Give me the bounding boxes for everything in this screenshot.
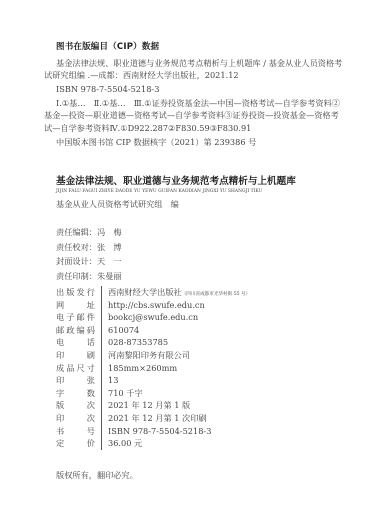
email-link[interactable]: bookcj@swufe.edu.cn — [108, 311, 198, 324]
staff-row-proofreader: 责任校对：张 博 — [56, 240, 122, 255]
pub-label: 印刷 — [56, 349, 95, 362]
publisher-name: 西南财经大学出版社 — [108, 287, 182, 297]
pub-label: 电话 — [56, 336, 95, 349]
pub-label: 电子邮件 — [56, 311, 95, 324]
pub-value: 610074 — [108, 324, 139, 337]
cip-isbn: ISBN 978-7-5504-5218-3 — [44, 83, 344, 95]
pub-value: 2021 年 12 月第 1 版 — [108, 399, 190, 412]
divider — [101, 336, 102, 349]
pub-value: 2021 年 12 月第 1 次印刷 — [108, 412, 207, 425]
pub-row-email: 电子邮件 bookcj@swufe.edu.cn — [56, 311, 250, 324]
pub-row-edition: 版次 2021 年 12 月第 1 版 — [56, 399, 250, 412]
pub-row-word-count: 字数 710 千字 — [56, 387, 250, 400]
pub-row-phone: 电话 028-87353785 — [56, 336, 250, 349]
staff-value: 冯 梅 — [97, 227, 122, 237]
pub-label: 网址 — [56, 299, 95, 312]
pub-label: 书号 — [56, 425, 95, 438]
cip-classification: Ⅰ.①基… Ⅱ.①基… Ⅲ.①证券投资基金法—中国—资格考试—自学参考资料②基金… — [44, 97, 344, 134]
divider — [101, 299, 102, 312]
pub-label: 定价 — [56, 437, 95, 450]
pub-label: 字数 — [56, 387, 95, 400]
pub-row-printer: 印刷 河南黎阳印务有限公司 — [56, 349, 250, 362]
pub-value: 028-87353785 — [108, 336, 168, 349]
pub-label: 印张 — [56, 374, 95, 387]
cip-number: 中国版本图书馆 CIP 数据核字（2021）第 239386 号 — [44, 136, 344, 148]
staff-label: 责任校对： — [56, 242, 97, 252]
divider — [101, 311, 102, 324]
divider — [101, 437, 102, 450]
book-pinyin: JIJIN FALU FAGUI ZHIYE DAODE YU YEWU GUI… — [56, 189, 262, 194]
staff-list: 责任编辑：冯 梅 责任校对：张 博 封面设计：天 一 责任印制：朱曼丽 — [56, 225, 122, 283]
publication-info-table: 出版发行 西南财经大学出版社（四川省成都市光华村街 55 号） 网址 http:… — [56, 286, 250, 450]
divider — [101, 374, 102, 387]
cip-description: 基金法律法规、职业道德与业务规范考点精析与上机题库 / 基金从业人员资格考试研究… — [44, 57, 344, 82]
divider — [101, 425, 102, 438]
divider — [101, 399, 102, 412]
staff-label: 封面设计： — [56, 256, 97, 266]
pub-label: 成品尺寸 — [56, 362, 95, 375]
pub-row-isbn: 书号 ISBN 978-7-5504-5218-3 — [56, 425, 250, 438]
divider — [101, 412, 102, 425]
pub-value: 185mm×260mm — [108, 362, 177, 375]
staff-value: 张 博 — [97, 242, 122, 252]
pub-row-price: 定价 36.00 元 — [56, 437, 250, 450]
staff-label: 责任编辑： — [56, 227, 97, 237]
staff-row-cover-design: 封面设计：天 一 — [56, 254, 122, 269]
divider — [101, 387, 102, 400]
pub-value: ISBN 978-7-5504-5218-3 — [108, 425, 211, 438]
pub-value: 710 千字 — [108, 387, 143, 400]
divider — [101, 362, 102, 375]
book-title: 基金法律法规、职业道德与业务规范考点精析与上机题库 — [56, 173, 296, 187]
pub-label: 印次 — [56, 412, 95, 425]
pub-value: 36.00 元 — [108, 437, 142, 450]
pub-value: 西南财经大学出版社（四川省成都市光华村街 55 号） — [108, 286, 250, 299]
divider — [101, 286, 102, 299]
publisher-address: （四川省成都市光华村街 55 号） — [182, 292, 251, 297]
divider — [101, 349, 102, 362]
pub-row-printing: 印次 2021 年 12 月第 1 次印刷 — [56, 412, 250, 425]
copyright-page: 图书在版编目（CIP）数据 基金法律法规、职业道德与业务规范考点精析与上机题库 … — [0, 0, 375, 527]
staff-value: 天 一 — [97, 256, 122, 266]
website-link[interactable]: http://cbs.swufe.edu.cn — [108, 299, 205, 312]
staff-value: 朱曼丽 — [97, 271, 122, 281]
staff-label: 责任印制： — [56, 271, 97, 281]
staff-row-printing: 责任印制：朱曼丽 — [56, 269, 122, 284]
pub-value: 河南黎阳印务有限公司 — [108, 349, 190, 362]
book-author: 基金从业人员资格考试研究组 编 — [56, 199, 179, 210]
pub-row-postcode: 邮政编码 610074 — [56, 324, 250, 337]
pub-value: 13 — [108, 374, 118, 387]
divider — [101, 324, 102, 337]
pub-label: 出版发行 — [56, 286, 95, 299]
copyright-notice: 版权所有，翻印必究。 — [56, 470, 138, 481]
pub-row-size: 成品尺寸 185mm×260mm — [56, 362, 250, 375]
pub-label: 版次 — [56, 399, 95, 412]
staff-row-editor: 责任编辑：冯 梅 — [56, 225, 122, 240]
pub-row-sheets: 印张 13 — [56, 374, 250, 387]
pub-row-website: 网址 http://cbs.swufe.edu.cn — [56, 299, 250, 312]
pub-row-publisher: 出版发行 西南财经大学出版社（四川省成都市光华村街 55 号） — [56, 286, 250, 299]
cip-heading: 图书在版编目（CIP）数据 — [56, 40, 159, 52]
pub-label: 邮政编码 — [56, 324, 95, 337]
